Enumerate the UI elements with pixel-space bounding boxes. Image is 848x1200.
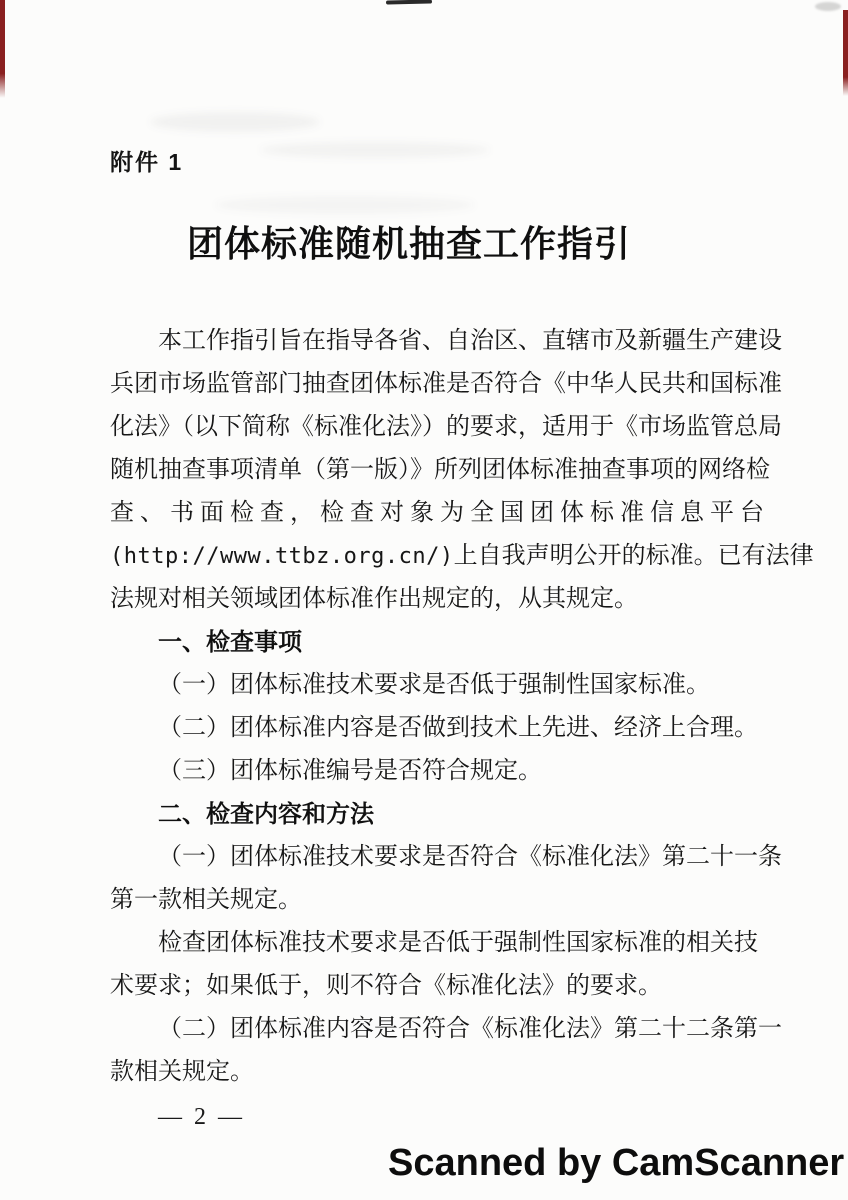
scan-edge-artifact-right (843, 10, 848, 96)
doc-line: (http://www.ttbz.org.cn/)上自我声明公开的标准。已有法律 (110, 535, 744, 578)
doc-line: （二）团体标准内容是否做到技术上先进、经济上合理。 (110, 707, 744, 750)
doc-line: 款相关规定。 (110, 1051, 744, 1094)
doc-line: 检查团体标准技术要求是否低于强制性国家标准的相关技 (110, 922, 744, 965)
doc-line-text: 上自我声明公开的标准。已有法律 (454, 543, 814, 569)
doc-line: 本工作指引旨在指导各省、自治区、直辖市及新疆生产建设 (110, 320, 744, 363)
scanned-document-page: 附件 1 团体标准随机抽查工作指引 本工作指引旨在指导各省、自治区、直辖市及新疆… (0, 0, 848, 1200)
camscanner-watermark: Scanned by CamScanner (388, 1142, 844, 1185)
url-text: (http://www.ttbz.org.cn/) (110, 544, 454, 569)
section-heading: 二、检查内容和方法 (110, 793, 744, 836)
attachment-label: 附件 1 (110, 144, 183, 177)
doc-line: （一）团体标准技术要求是否符合《标准化法》第二十一条 (110, 836, 744, 879)
scan-smudge-top (386, 0, 432, 4)
doc-line: 查、书面检查，检查对象为全国团体标准信息平台 (110, 492, 744, 535)
doc-line: 第一款相关规定。 (110, 879, 744, 922)
doc-line: （三）团体标准编号是否符合规定。 (110, 750, 744, 793)
document-body: 本工作指引旨在指导各省、自治区、直辖市及新疆生产建设 兵团市场监管部门抽查团体标… (110, 320, 744, 1094)
doc-line: （二）团体标准内容是否符合《标准化法》第二十二条第一 (110, 1008, 744, 1051)
page-number: — 2 — (158, 1104, 245, 1131)
doc-line: （一）团体标准技术要求是否低于强制性国家标准。 (110, 664, 744, 707)
doc-line: 术要求；如果低于，则不符合《标准化法》的要求。 (110, 965, 744, 1008)
doc-line: 随机抽查事项清单（第一版）》所列团体标准抽查事项的网络检 (110, 449, 744, 492)
doc-line: 法规对相关领域团体标准作出规定的，从其规定。 (110, 578, 744, 621)
scan-smudge (215, 196, 475, 214)
scan-smudge (260, 142, 490, 158)
section-heading: 一、检查事项 (110, 621, 744, 664)
doc-line: 兵团市场监管部门抽查团体标准是否符合《中华人民共和国标准 (110, 363, 744, 406)
scan-edge-artifact-left (0, 0, 5, 98)
scan-smudge (150, 112, 320, 132)
doc-line: 化法》（以下简称《标准化法》）的要求，适用于《市场监管总局 (110, 406, 744, 449)
scan-smudge (815, 2, 841, 11)
document-title: 团体标准随机抽查工作指引 (0, 216, 818, 267)
